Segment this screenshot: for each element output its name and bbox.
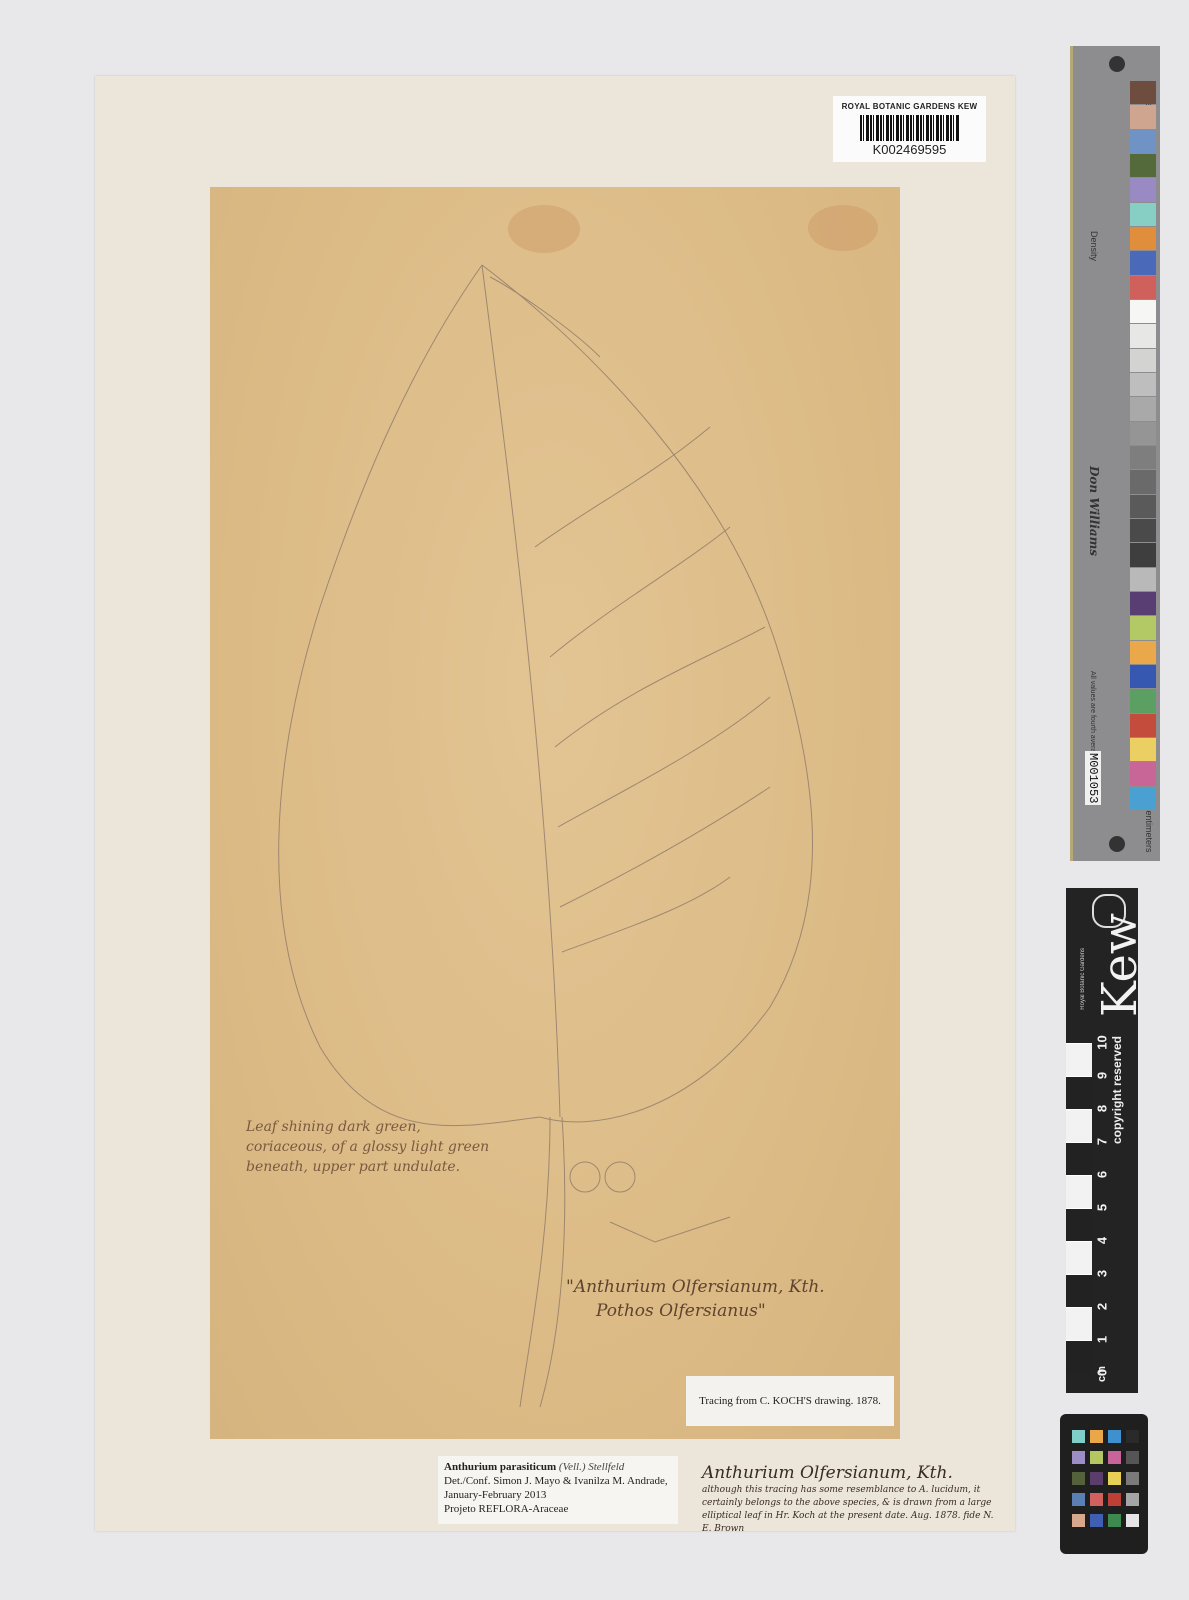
checker-cell <box>1090 1472 1103 1485</box>
species-note-line1: "Anthurium Olfersianum, Kth. <box>566 1275 886 1299</box>
kew-scale-bar: Kew Royal Botanic Gardens copyright rese… <box>1066 888 1138 1393</box>
ruler-segment <box>1066 1142 1092 1175</box>
ruler-segment <box>1066 1340 1092 1373</box>
ruler-tick-label: 1 <box>1095 1332 1110 1348</box>
barcode-number: K002469595 <box>833 142 986 157</box>
mini-colour-checker <box>1060 1414 1148 1554</box>
checker-cell <box>1108 1451 1121 1464</box>
colour-swatch <box>1130 616 1156 639</box>
ruler-tick-label: 8 <box>1095 1101 1110 1117</box>
colour-swatch <box>1130 300 1156 323</box>
ruler-tick-label: 6 <box>1095 1167 1110 1183</box>
ruler-tick-label: 7 <box>1095 1134 1110 1150</box>
institution-label: ROYAL BOTANIC GARDENS KEW <box>833 102 986 111</box>
ruler-segment <box>1066 1241 1092 1274</box>
colour-swatch <box>1130 349 1156 372</box>
checker-cell <box>1126 1472 1139 1485</box>
checker-cell <box>1126 1514 1139 1527</box>
colour-swatch <box>1130 203 1156 226</box>
density-label: Density <box>1089 231 1099 261</box>
checker-cell <box>1090 1493 1103 1506</box>
checker-cell <box>1072 1493 1085 1506</box>
checker-cell <box>1108 1430 1121 1443</box>
det-line: Det./Conf. Simon J. Mayo & Ivanilza M. A… <box>444 1474 672 1488</box>
checker-cell <box>1126 1430 1139 1443</box>
ruler-segment <box>1066 1109 1092 1142</box>
colour-swatch <box>1130 714 1156 737</box>
colour-swatch <box>1130 130 1156 153</box>
checker-cell <box>1072 1451 1085 1464</box>
ruler-tick-label: 3 <box>1095 1266 1110 1282</box>
centimeters-label: centimeters <box>1144 806 1154 853</box>
annotation-body: although this tracing has some resemblan… <box>702 1484 1002 1536</box>
colour-swatch <box>1130 324 1156 347</box>
checker-cell <box>1090 1430 1103 1443</box>
ruler-tick-label: 9 <box>1095 1068 1110 1084</box>
ruler-tick-label: 10 <box>1095 1035 1110 1051</box>
colour-swatch <box>1130 568 1156 591</box>
colour-swatch <box>1130 519 1156 542</box>
colour-swatch <box>1130 592 1156 615</box>
colour-swatch <box>1130 495 1156 518</box>
taxon-authority: (Vell.) Stellfeld <box>559 1461 624 1473</box>
barcode-icon <box>860 115 960 141</box>
ruler-segment <box>1066 1076 1092 1109</box>
colour-swatch <box>1130 251 1156 274</box>
checker-cell <box>1126 1451 1139 1464</box>
barcode-label: ROYAL BOTANIC GARDENS KEW K002469595 <box>833 96 986 162</box>
strip-brand: Don Williams <box>1087 466 1101 556</box>
leaf-description-note: Leaf shining dark green, coriaceous, of … <box>246 1117 496 1177</box>
checker-cell <box>1090 1451 1103 1464</box>
colour-swatch <box>1130 543 1156 566</box>
ruler-segment <box>1066 1208 1092 1241</box>
colour-calibration-strip: inches centimeters Density Don Williams … <box>1070 46 1160 861</box>
checker-cell <box>1072 1514 1085 1527</box>
tracing-source-label: Tracing from C. KOCH'S drawing. 1878. <box>686 1376 894 1426</box>
colour-swatch <box>1130 641 1156 664</box>
colour-swatch <box>1130 81 1156 104</box>
colour-swatch <box>1130 154 1156 177</box>
colour-swatch <box>1130 738 1156 761</box>
species-note-line2: Pothos Olfersianus" <box>566 1299 886 1323</box>
ruler-segment <box>1066 1175 1092 1208</box>
colour-swatch <box>1130 105 1156 128</box>
ruler-tick-label: 2 <box>1095 1299 1110 1315</box>
checker-cell <box>1108 1472 1121 1485</box>
colour-swatch <box>1130 373 1156 396</box>
ruler-segment <box>1066 1307 1092 1340</box>
checker-cell <box>1108 1493 1121 1506</box>
species-note: "Anthurium Olfersianum, Kth. Pothos Olfe… <box>566 1275 886 1323</box>
colour-swatch <box>1130 178 1156 201</box>
det-date: January-February 2013 <box>444 1488 672 1502</box>
checker-cell <box>1090 1514 1103 1527</box>
taxon-name: Anthurium parasiticum <box>444 1461 556 1473</box>
checker-cell <box>1108 1514 1121 1527</box>
strip-hole-top <box>1109 56 1125 72</box>
leaf-drawing <box>210 187 900 1439</box>
det-project: Projeto REFLORA-Araceae <box>444 1502 672 1516</box>
annotation-heading: Anthurium Olfersianum, Kth. <box>702 1462 1002 1484</box>
ruler-segment <box>1066 1043 1092 1076</box>
strip-hole-bottom <box>1109 836 1125 852</box>
colour-swatch <box>1130 227 1156 250</box>
colour-swatch <box>1130 762 1156 785</box>
kew-subtitle: Royal Botanic Gardens <box>1080 948 1086 1010</box>
colour-swatch <box>1130 446 1156 469</box>
kew-logo: Kew <box>1092 913 1148 1017</box>
ruler-segment <box>1066 1274 1092 1307</box>
checker-cell <box>1072 1472 1085 1485</box>
colour-swatch <box>1130 276 1156 299</box>
ruler-tick-label: 0 <box>1095 1365 1110 1381</box>
colour-swatch <box>1130 422 1156 445</box>
handwritten-annotation: Anthurium Olfersianum, Kth. although thi… <box>702 1462 1002 1536</box>
checker-cell <box>1072 1430 1085 1443</box>
colour-swatch <box>1130 665 1156 688</box>
colour-swatch <box>1130 470 1156 493</box>
cm-ruler <box>1066 1043 1092 1388</box>
colour-swatch <box>1130 787 1156 810</box>
leaf-tracing-paper: Leaf shining dark green, coriaceous, of … <box>210 187 900 1439</box>
copyright-label: copyright reserved <box>1110 1036 1124 1144</box>
ruler-tick-label: 4 <box>1095 1233 1110 1249</box>
strip-note: All values are fourth averages <box>1089 671 1096 764</box>
colour-swatch <box>1130 689 1156 712</box>
colour-swatch <box>1130 397 1156 420</box>
strip-id: M001053 <box>1085 751 1101 805</box>
checker-cell <box>1126 1493 1139 1506</box>
determination-label: Anthurium parasiticum (Vell.) Stellfeld … <box>438 1456 678 1524</box>
ruler-tick-label: 5 <box>1095 1200 1110 1216</box>
